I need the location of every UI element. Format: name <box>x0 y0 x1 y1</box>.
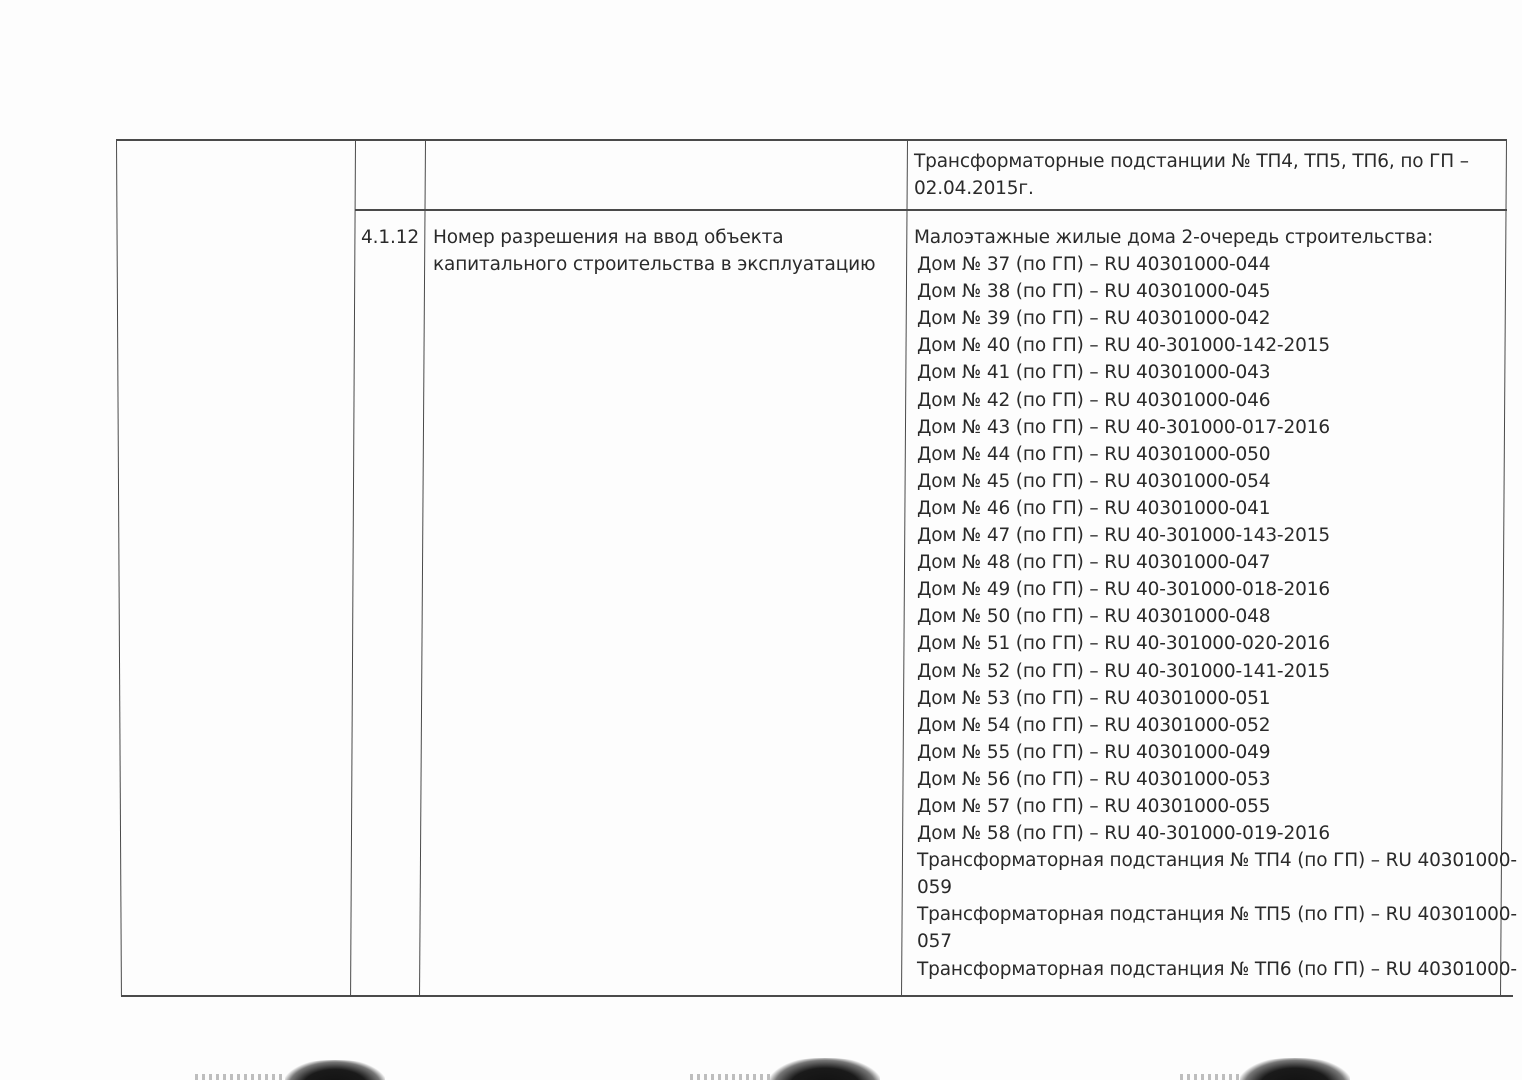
house-permit-item: Дом № 41 (по ГП) – RU 40301000-043 <box>917 359 1517 386</box>
house-permit-item: Дом № 47 (по ГП) – RU 40-301000-143-2015 <box>917 522 1517 549</box>
table-top-border <box>116 139 1507 141</box>
house-permit-item: Дом № 46 (по ГП) – RU 40301000-041 <box>917 495 1517 522</box>
substation-permit-item: Трансформаторная подстанция № ТП5 (по ГП… <box>917 901 1517 928</box>
table-left-border <box>116 139 122 996</box>
column-divider-1 <box>350 139 356 996</box>
scan-specks <box>195 1074 285 1080</box>
house-permit-item: Дом № 48 (по ГП) – RU 40301000-047 <box>917 549 1517 576</box>
house-permit-item: Дом № 55 (по ГП) – RU 40301000-049 <box>917 739 1517 766</box>
house-permit-item: Дом № 38 (по ГП) – RU 40301000-045 <box>917 278 1517 305</box>
column-divider-3 <box>901 139 908 996</box>
house-permit-item: Дом № 56 (по ГП) – RU 40301000-053 <box>917 766 1517 793</box>
column-divider-2 <box>419 139 426 996</box>
house-permit-item: Дом № 44 (по ГП) – RU 40301000-050 <box>917 441 1517 468</box>
house-permit-item: Дом № 57 (по ГП) – RU 40301000-055 <box>917 793 1517 820</box>
substation-permit-item: 057 <box>917 928 1517 955</box>
house-permit-item: Дом № 49 (по ГП) – RU 40-301000-018-2016 <box>917 576 1517 603</box>
row-label-line: Номер разрешения на ввод объекта <box>433 224 875 251</box>
house-permit-item: Дом № 40 (по ГП) – RU 40-301000-142-2015 <box>917 332 1517 359</box>
substation-permit-item: Трансформаторная подстанция № ТП4 (по ГП… <box>917 847 1517 874</box>
substation-permit-item: 059 <box>917 874 1517 901</box>
scan-specks <box>1180 1074 1240 1080</box>
row-separator <box>355 209 1507 211</box>
house-permit-item: Дом № 51 (по ГП) – RU 40-301000-020-2016 <box>917 630 1517 657</box>
scan-smudge <box>285 1060 385 1080</box>
house-permit-item: Дом № 50 (по ГП) – RU 40301000-048 <box>917 603 1517 630</box>
row-value: Малоэтажные жилые дома 2-очередь строите… <box>914 224 1517 983</box>
value-heading: Малоэтажные жилые дома 2-очередь строите… <box>914 224 1517 251</box>
house-permit-item: Дом № 42 (по ГП) – RU 40301000-046 <box>917 387 1517 414</box>
scanned-document-page: Трансформаторные подстанции № ТП4, ТП5, … <box>0 0 1522 1080</box>
house-permit-item: Дом № 52 (по ГП) – RU 40-301000-141-2015 <box>917 658 1517 685</box>
substation-permit-item: Трансформаторная подстанция № ТП6 (по ГП… <box>917 956 1517 983</box>
row-label: Номер разрешения на ввод объекта капитал… <box>433 224 875 278</box>
house-permit-item: Дом № 39 (по ГП) – RU 40301000-042 <box>917 305 1517 332</box>
substations-permit-list: Трансформаторная подстанция № ТП4 (по ГП… <box>917 847 1517 982</box>
house-permit-item: Дом № 43 (по ГП) – RU 40-301000-017-2016 <box>917 414 1517 441</box>
top-row-value-line: Трансформаторные подстанции № ТП4, ТП5, … <box>914 148 1469 175</box>
top-row-value-line: 02.04.2015г. <box>914 175 1469 202</box>
house-permit-item: Дом № 37 (по ГП) – RU 40301000-044 <box>917 251 1517 278</box>
row-number: 4.1.12 <box>361 224 419 251</box>
houses-permit-list: Дом № 37 (по ГП) – RU 40301000-044Дом № … <box>914 251 1517 847</box>
table-bottom-border <box>121 995 1513 997</box>
scan-specks <box>690 1074 770 1080</box>
house-permit-item: Дом № 45 (по ГП) – RU 40301000-054 <box>917 468 1517 495</box>
house-permit-item: Дом № 54 (по ГП) – RU 40301000-052 <box>917 712 1517 739</box>
house-permit-item: Дом № 53 (по ГП) – RU 40301000-051 <box>917 685 1517 712</box>
house-permit-item: Дом № 58 (по ГП) – RU 40-301000-019-2016 <box>917 820 1517 847</box>
row-label-line: капитального строительства в эксплуатаци… <box>433 251 875 278</box>
scan-smudge <box>770 1058 880 1080</box>
scan-smudge <box>1240 1058 1350 1080</box>
top-row-value: Трансформаторные подстанции № ТП4, ТП5, … <box>914 148 1469 202</box>
